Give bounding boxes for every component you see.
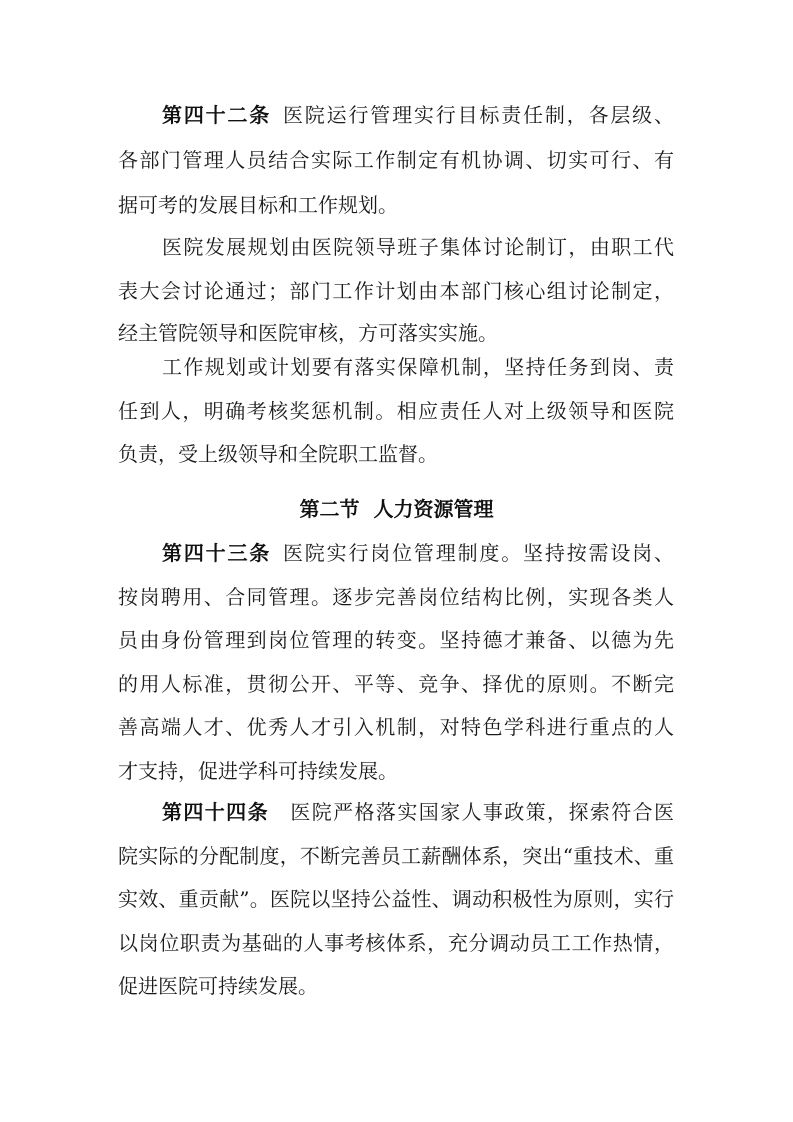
article-42-line-2: 各部门管理人员结合实际工作制定有机协调、切实可行、有: [118, 145, 674, 175]
document-page: 第四十二条医院运行管理实行目标责任制，各层级、 各部门管理人员结合实际工作制定有…: [0, 0, 793, 1122]
article-44-line-5: 促进医院可持续发展。: [118, 971, 674, 1001]
paragraph-plan-line-1: 医院发展规划由医院领导班子集体讨论制订，由职工代: [162, 232, 674, 262]
article-44-line-3: 实效、重贡献”。医院以坚持公益性、调动积极性为原则，实行: [118, 884, 674, 914]
article-42-label: 第四十二条: [162, 103, 271, 127]
article-42-line-1: 第四十二条医院运行管理实行目标责任制，各层级、: [162, 100, 674, 130]
article-43-line-4: 的用人标准，贯彻公开、平等、竞争、择优的原则。不断完: [118, 669, 674, 699]
paragraph-plan-line-3: 经主管院领导和医院审核，方可落实实施。: [118, 318, 674, 348]
article-44-line-2: 院实际的分配制度，不断完善员工薪酬体系，突出“重技术、重: [118, 841, 674, 871]
section-heading: 第二节 人力资源管理: [0, 494, 793, 524]
article-42-text: 医院运行管理实行目标责任制，各层级、: [281, 103, 674, 127]
article-43-line-2: 按岗聘用、合同管理。逐步完善岗位结构比例，实现各类人: [118, 582, 674, 612]
article-43-line-6: 才支持，促进学科可持续发展。: [118, 756, 674, 786]
article-44-line-4: 以岗位职责为基础的人事考核体系，充分调动员工工作热情，: [118, 928, 674, 958]
article-43-label: 第四十三条: [162, 541, 271, 565]
article-44-text: 医院严格落实国家人事政策，探索符合医: [289, 800, 674, 824]
paragraph-guarantee-line-1: 工作规划或计划要有落实保障机制，坚持任务到岗、责: [162, 352, 674, 382]
paragraph-guarantee-line-3: 负责，受上级领导和全院职工监督。: [118, 439, 674, 469]
paragraph-guarantee-line-2: 任到人，明确考核奖惩机制。相应责任人对上级领导和医院: [118, 396, 674, 426]
paragraph-plan-line-2: 表大会讨论通过；部门工作计划由本部门核心组讨论制定，: [118, 276, 674, 306]
article-43-line-1: 第四十三条医院实行岗位管理制度。坚持按需设岗、: [162, 538, 674, 568]
article-44-label: 第四十四条: [162, 800, 269, 824]
article-44-line-1: 第四十四条医院严格落实国家人事政策，探索符合医: [162, 797, 674, 827]
article-43-line-5: 善高端人才、优秀人才引入机制，对特色学科进行重点的人: [118, 712, 674, 742]
article-42-line-3: 据可考的发展目标和工作规划。: [118, 190, 674, 220]
article-43-line-3: 员由身份管理到岗位管理的转变。坚持德才兼备、以德为先: [118, 625, 674, 655]
article-43-text: 医院实行岗位管理制度。坚持按需设岗、: [281, 541, 674, 565]
